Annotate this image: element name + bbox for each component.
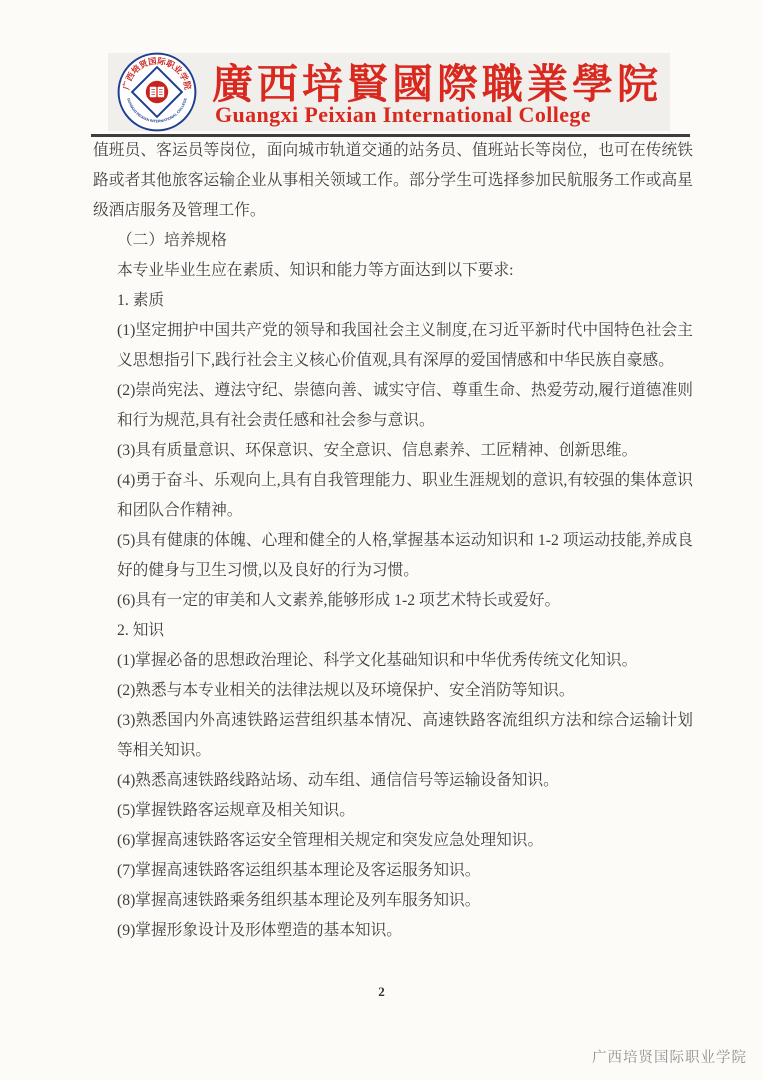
knowledge-item-2: (2)熟悉与本专业相关的法律法规以及环境保护、安全消防等知识。 <box>117 676 693 706</box>
section-heading-training-specs: （二）培养规格 <box>117 226 693 256</box>
open-book-icon <box>150 87 164 97</box>
page-number: 2 <box>0 984 763 1000</box>
subsection-heading-quality: 1. 素质 <box>117 286 693 316</box>
college-name-english: Guangxi Peixian International College <box>215 102 591 128</box>
quality-item-2: (2)崇尚宪法、遵法守纪、崇德向善、诚实守信、尊重生命、热爱劳动,履行道德准则和… <box>117 376 693 436</box>
quality-item-1: (1)坚定拥护中国共产党的领导和我国社会主义制度,在习近平新时代中国特色社会主义… <box>117 316 693 376</box>
knowledge-item-6: (6)掌握高速铁路客运安全管理相关规定和突发应急处理知识。 <box>117 826 693 856</box>
college-header-banner: 广西培贤国际职业学院 GUANGXI PEIXIAN INTERNATIONAL… <box>108 53 670 131</box>
paragraph-requirements-intro: 本专业毕业生应在素质、知识和能力等方面达到以下要求: <box>117 256 693 286</box>
paragraph-career-positions: 值班员、客运员等岗位，面向城市轨道交通的站务员、值班站长等岗位，也可在传统铁路或… <box>93 136 693 226</box>
college-seal-icon: 广西培贤国际职业学院 GUANGXI PEIXIAN INTERNATIONAL… <box>117 52 197 132</box>
document-body: 值班员、客运员等岗位，面向城市轨道交通的站务员、值班站长等岗位，也可在传统铁路或… <box>93 136 693 946</box>
knowledge-item-4: (4)熟悉高速铁路线路站场、动车组、通信信号等运输设备知识。 <box>117 766 693 796</box>
knowledge-item-3: (3)熟悉国内外高速铁路运营组织基本情况、高速铁路客流组织方法和综合运输计划等相… <box>117 706 693 766</box>
quality-item-3: (3)具有质量意识、环保意识、安全意识、信息素养、工匠精神、创新思维。 <box>117 436 693 466</box>
quality-item-6: (6)具有一定的审美和人文素养,能够形成 1-2 项艺术特长或爱好。 <box>117 586 693 616</box>
knowledge-item-5: (5)掌握铁路客运规章及相关知识。 <box>117 796 693 826</box>
footer-watermark: 广西培贤国际职业学院 <box>592 1046 747 1067</box>
quality-item-5: (5)具有健康的体魄、心理和健全的人格,掌握基本运动知识和 1-2 项运动技能,… <box>117 526 693 586</box>
knowledge-item-1: (1)掌握必备的思想政治理论、科学文化基础知识和中华优秀传统文化知识。 <box>117 646 693 676</box>
knowledge-item-9: (9)掌握形象设计及形体塑造的基本知识。 <box>117 916 693 946</box>
subsection-heading-knowledge: 2. 知识 <box>117 616 693 646</box>
knowledge-item-8: (8)掌握高速铁路乘务组织基本理论及列车服务知识。 <box>117 886 693 916</box>
quality-item-4: (4)勇于奋斗、乐观向上,具有自我管理能力、职业生涯规划的意识,有较强的集体意识… <box>117 466 693 526</box>
knowledge-item-7: (7)掌握高速铁路客运组织基本理论及客运服务知识。 <box>117 856 693 886</box>
document-page: { "header": { "college_name_zh": "廣西培賢國際… <box>0 0 763 1080</box>
